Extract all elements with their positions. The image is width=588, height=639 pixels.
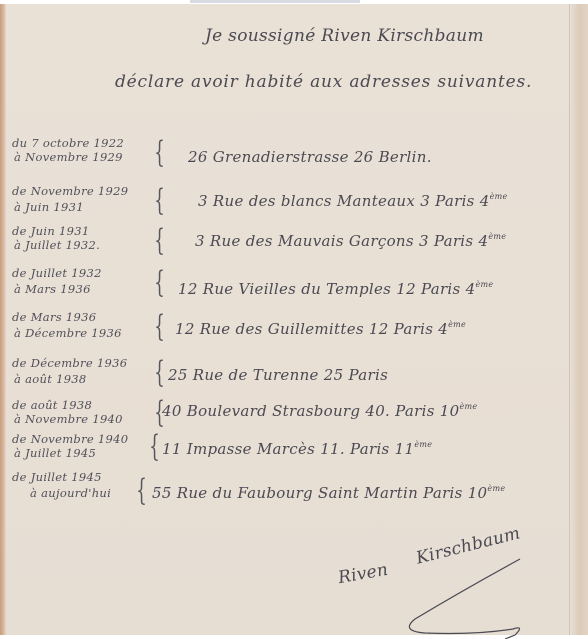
signature-first-name: Riven [337, 560, 390, 588]
address: 3 Rue des blancs Manteaux 3 Paris 4ème [198, 192, 508, 210]
date-to: à Novembre 1929 [14, 150, 123, 164]
top-edge-bar [190, 0, 360, 3]
declaration-heading-statement: déclare avoir habité aux adresses suivan… [115, 72, 532, 92]
date-from: de Juillet 1932 [12, 266, 102, 280]
address: 12 Rue des Guillemittes 12 Paris 4ème [175, 320, 466, 338]
date-from: de Décembre 1936 [12, 356, 127, 370]
date-from: de Novembre 1940 [12, 432, 128, 446]
date-from: de Juillet 1945 [12, 470, 102, 484]
brace-icon: { [154, 358, 165, 388]
date-to: à août 1938 [14, 372, 87, 386]
scanned-page: Je soussigné Riven Kirschbaum déclare av… [0, 4, 588, 635]
address: 40 Boulevard Strasbourg 40. Paris 10ème [162, 402, 477, 420]
date-from: de Novembre 1929 [12, 184, 128, 198]
address: 25 Rue de Turenne 25 Paris [168, 366, 388, 384]
brace-icon: { [154, 312, 165, 342]
page-left-edge [0, 4, 6, 635]
date-to: à Juillet 1932. [14, 238, 100, 252]
date-from: de août 1938 [12, 398, 92, 412]
date-to: à Juillet 1945 [14, 446, 96, 460]
brace-icon: { [154, 138, 165, 168]
brace-icon: { [154, 186, 165, 216]
signature-flourish-icon [395, 549, 535, 635]
document-viewer: Je soussigné Riven Kirschbaum déclare av… [0, 0, 588, 635]
date-to: à Mars 1936 [14, 282, 91, 296]
brace-icon: { [136, 476, 147, 506]
date-to: à Décembre 1936 [14, 326, 122, 340]
address: 12 Rue Vieilles du Temples 12 Paris 4ème [178, 280, 493, 298]
page-right-fold [569, 4, 570, 635]
address: 11 Impasse Marcès 11. Paris 11ème [162, 440, 432, 458]
date-from: du 7 octobre 1922 [12, 136, 124, 150]
brace-icon: { [149, 432, 160, 462]
date-from: de Juin 1931 [12, 224, 89, 238]
address: 26 Grenadierstrasse 26 Berlin. [188, 148, 432, 166]
date-to: à Novembre 1940 [14, 412, 123, 426]
date-to: à aujourd'hui [30, 486, 111, 500]
date-to: à Juin 1931 [14, 200, 84, 214]
brace-icon: { [154, 268, 165, 298]
date-from: de Mars 1936 [12, 310, 96, 324]
brace-icon: { [154, 226, 165, 256]
page-right-edge [571, 4, 588, 635]
address: 3 Rue des Mauvais Garçons 3 Paris 4ème [195, 232, 506, 250]
address: 55 Rue du Faubourg Saint Martin Paris 10… [152, 484, 505, 502]
declaration-heading-name: Je soussigné Riven Kirschbaum [205, 26, 484, 46]
